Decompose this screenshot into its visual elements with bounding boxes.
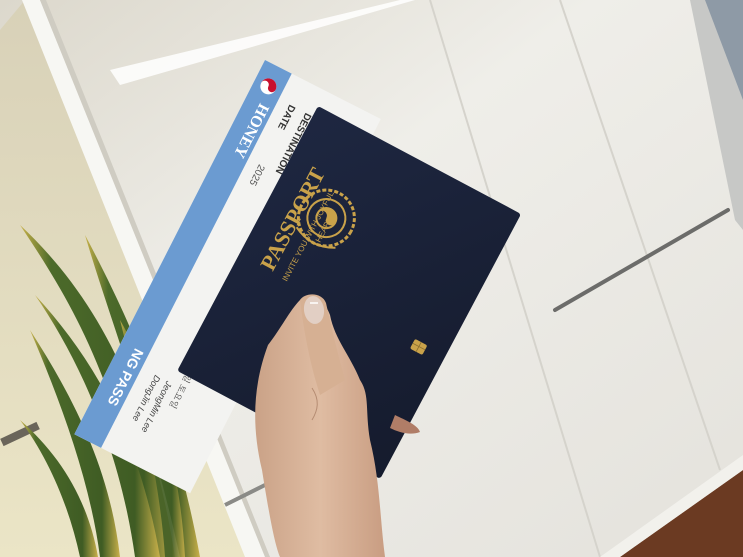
- photo-scene: HONEY NG PASS DATE DESTINATION WEDDING T…: [0, 0, 743, 557]
